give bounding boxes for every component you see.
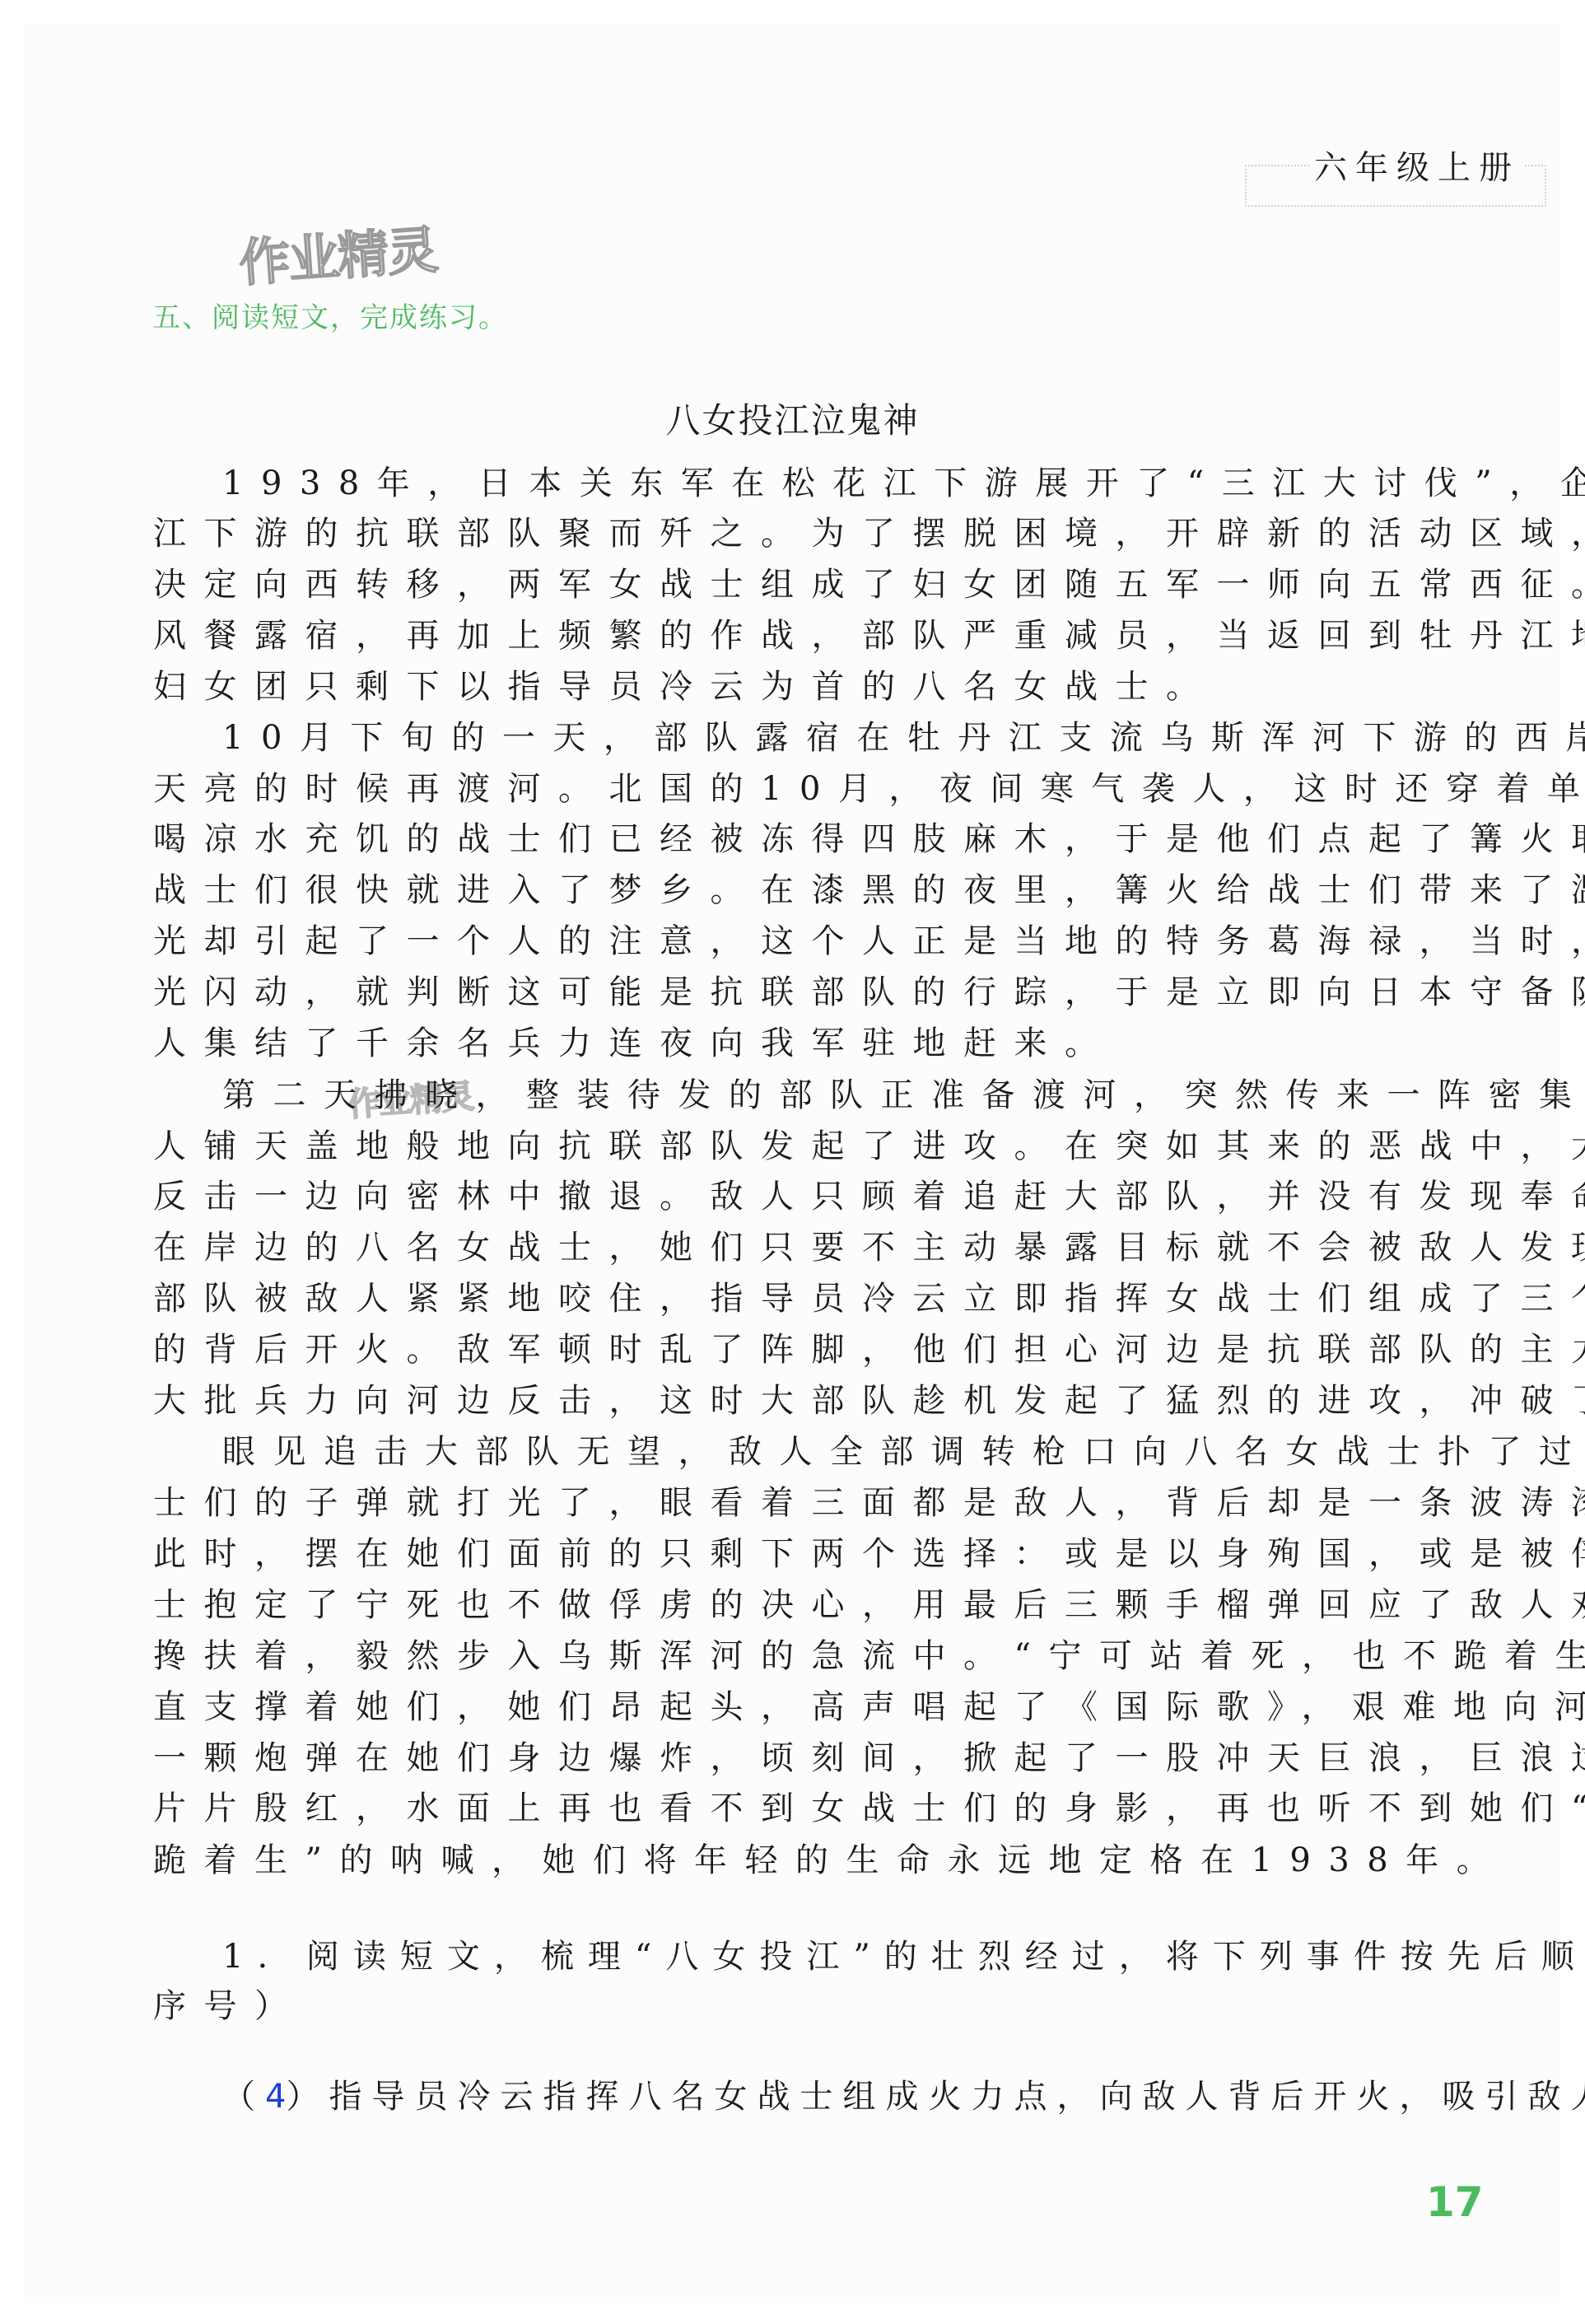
article-line: 眼见追击大部队无望，敌人全部调转枪口向八名女战士扑了过来。很快，女战 [222,1432,1466,1472]
article-line: 光闪动，就判断这可能是抗联部队的行踪，于是立即向日本守备队报告了情况，敌 [153,973,1396,1012]
question-prompt: 1. 阅读短文，梳理“八女投江”的壮烈经过，将下列事件按先后顺序排列。（填 [222,1937,1466,1976]
article-line: 10月下旬的一天，部队露宿在牡丹江支流乌斯浑河下游的西岸，准备第二天 [222,718,1466,758]
article-line: 江下游的抗联部队聚而歼之。为了摆脱困境，开辟新的活动区域，抗联四军和五军 [153,514,1396,553]
article-line: 士们的子弹就打光了，眼看着三面都是敌人，背后却是一条波涛滚滚的乌斯浑河， [153,1483,1396,1523]
answer-close-paren: ） [286,2078,329,2116]
article-line: 片片殷红，水面上再也看不到女战士们的身影，再也听不到她们“宁可站着死，也不 [153,1789,1396,1828]
article-line: 人集结了千余名兵力连夜向我军驻地赶来。 [153,1024,1396,1063]
article-line: 一颗炮弹在她们身边爆炸，顷刻间，掀起了一股冲天巨浪，巨浪过后，河面上泛起了 [153,1738,1396,1778]
article-line: 在岸边的八名女战士，她们只要不主动暴露目标就不会被敌人发现。但是，眼见大 [153,1228,1396,1267]
article-line: 的背后开火。敌军顿时乱了阵脚，他们担心河边是抗联部队的主力军，便马上分出 [153,1330,1396,1370]
answer-open-paren: （ [222,2078,265,2116]
article-line: 反击一边向密林中撤退。敌人只顾着追赶大部队，并没有发现奉命先行渡河被隔 [153,1177,1396,1216]
article-line: 人铺天盖地般地向抗联部队发起了进攻。在突如其来的恶战中，大部队只好一边 [153,1127,1396,1166]
section-heading: 五、阅读短文，完成练习。 [152,295,508,335]
article-line: 部队被敌人紧紧地咬住，指导员冷云立即指挥女战士们组成了三个火力点向敌人 [153,1279,1396,1318]
article-title: 八女投江泣鬼神 [0,394,1585,443]
page-number: 17 [1426,2178,1484,2226]
article-line: 士抱定了宁死也不做俘虏的决心，用最后三颗手榴弹回应了敌人劝降的嚎叫，相互 [153,1585,1396,1625]
article-line: 跪着生”的呐喊，她们将年轻的生命永远地定格在1938年。 [153,1841,1396,1880]
answer-field[interactable]: 4 [265,2078,286,2116]
article-line: 喝凉水充饥的战士们已经被冻得四肢麻木，于是他们点起了篝火取暖，疲惫不堪的 [153,819,1396,859]
article-line: 战士们很快就进入了梦乡。在漆黑的夜里，篝火给战士们带来了温暖，但闪烁的火 [153,870,1396,910]
article-line: 妇女团只剩下以指导员冷云为首的八名女战士。 [153,667,1396,707]
article-line: 决定向西转移，两军女战士组成了妇女团随五军一师向五常西征。由于跋山涉水， [153,565,1396,604]
article-line: 光却引起了一个人的注意，这个人正是当地的特务葛海禄，当时，他看到岸边有火 [153,922,1396,961]
article-line: 直支撑着她们，她们昂起头，高声唱起了《国际歌》，艰难地向河水深处走去。这时， [153,1687,1396,1727]
article-line: 此时，摆在她们面前的只剩下两个选择：或是以身殉国，或是被俘受辱！八名女战 [153,1534,1396,1574]
question-prompt: 序号） [153,1986,1396,2026]
grade-label: 六年级上册 [1309,142,1525,189]
article-line: 天亮的时候再渡河。北国的10月，夜间寒气袭人，这时还穿着单衣，仅靠吃野果、 [153,769,1396,809]
article-line: 第二天拂晓，整装待发的部队正准备渡河，突然传来一阵密集的枪声，只见敌 [222,1076,1466,1115]
article-line: 搀扶着，毅然步入乌斯浑河的急流中。“宁可站着死，也不跪着生”的坚强的信念一 [153,1636,1396,1676]
article-line: 大批兵力向河边反击，这时大部队趁机发起了猛烈的进攻，冲破了敌人的包围圈。 [153,1381,1396,1421]
article-line: 风餐露宿，再加上频繁的作战，部队严重减员，当返回到牡丹江地区时，三十多人的 [153,616,1396,656]
question-item: （4）指导员冷云指挥八名女战士组成火力点，向敌人背后开火，吸引敌人火力。 [222,2077,1466,2116]
question-item-text: 指导员冷云指挥八名女战士组成火力点，向敌人背后开火，吸引敌人火力。 [329,2078,1585,2116]
watermark-logo: 作业精灵 [236,209,439,296]
article-line: 1938年，日本关东军在松花江下游展开了“三江大讨伐”，企图将活动在松花 [222,464,1466,503]
